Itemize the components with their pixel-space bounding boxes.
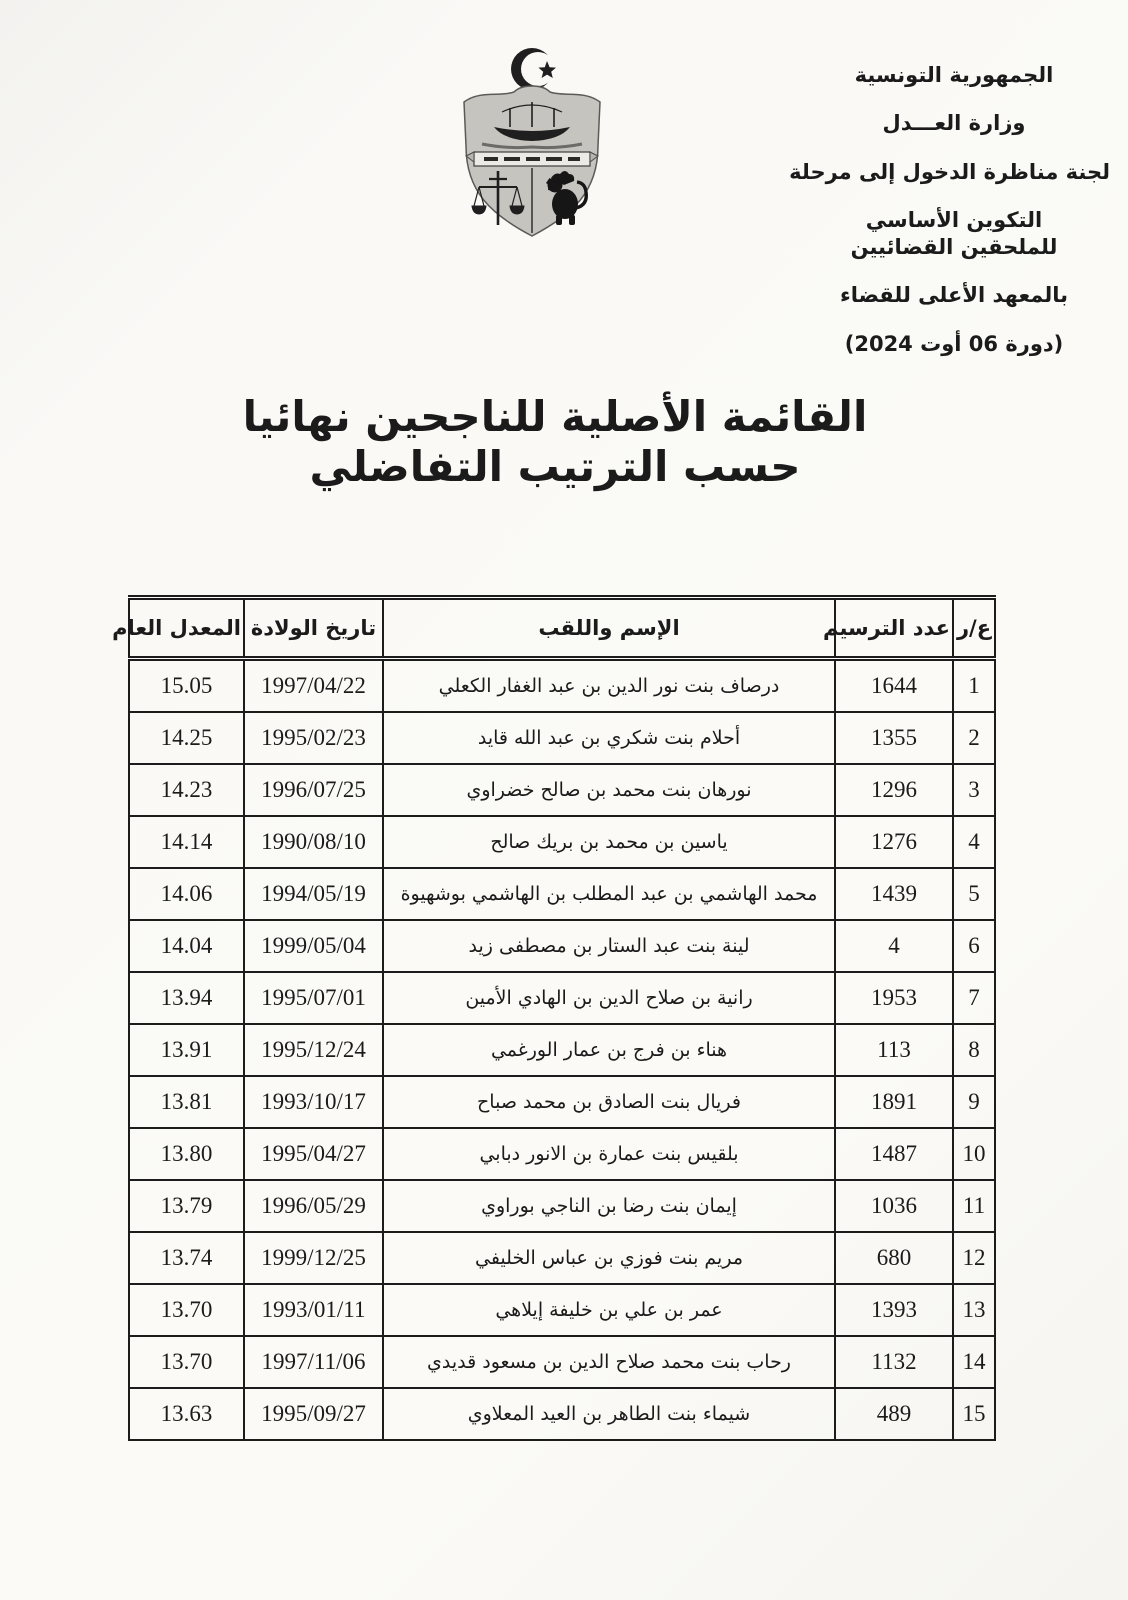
table-row: 64لينة بنت عبد الستار بن مصطفى زيد1999/0…	[129, 920, 995, 972]
rank-cell: 8	[953, 1024, 995, 1076]
average-cell: 15.05	[129, 659, 244, 713]
registration-number-cell: 680	[835, 1232, 953, 1284]
average-cell: 14.06	[129, 868, 244, 920]
registration-number-cell: 1644	[835, 659, 953, 713]
name-cell: عمر بن علي بن خليفة إيلاهي	[383, 1284, 835, 1336]
government-header: الجمهورية التونسية وزارة العـــدل لجنة م…	[798, 62, 1110, 379]
table-row: 91891فريال بنت الصادق بن محمد صباح1993/1…	[129, 1076, 995, 1128]
ministry-line: وزارة العـــدل	[798, 110, 1110, 137]
average-cell: 13.63	[129, 1388, 244, 1440]
registration-number-cell: 1891	[835, 1076, 953, 1128]
birth-date-cell: 1997/04/22	[244, 659, 383, 713]
table-row: 141132رحاب بنت محمد صلاح الدين بن مسعود …	[129, 1336, 995, 1388]
registration-number-cell: 4	[835, 920, 953, 972]
rank-cell: 13	[953, 1284, 995, 1336]
rank-cell: 6	[953, 920, 995, 972]
average-cell: 13.91	[129, 1024, 244, 1076]
rank-cell: 1	[953, 659, 995, 713]
registration-number-cell: 1296	[835, 764, 953, 816]
rank-cell: 4	[953, 816, 995, 868]
col-header-average: المعدل العام	[129, 598, 244, 659]
name-cell: نورهان بنت محمد بن صالح خضراوي	[383, 764, 835, 816]
table-row: 41276ياسين بن محمد بن بريك صالح1990/08/1…	[129, 816, 995, 868]
committee-line: لجنة مناظرة الدخول إلى مرحلة	[798, 159, 1110, 186]
rank-cell: 5	[953, 868, 995, 920]
birth-date-cell: 1995/07/01	[244, 972, 383, 1024]
name-cell: رانية بن صلاح الدين بن الهادي الأمين	[383, 972, 835, 1024]
average-cell: 14.23	[129, 764, 244, 816]
results-table-body: 11644درصاف بنت نور الدين بن عبد الغفار ا…	[129, 659, 995, 1441]
results-table-container: ع/ر عدد الترسيم الإسم واللقب تاريخ الولا…	[128, 595, 994, 1441]
registration-number-cell: 1439	[835, 868, 953, 920]
name-cell: درصاف بنت نور الدين بن عبد الغفار الكعلي	[383, 659, 835, 713]
average-cell: 13.94	[129, 972, 244, 1024]
name-cell: مريم بنت فوزي بن عباس الخليفي	[383, 1232, 835, 1284]
birth-date-cell: 1990/08/10	[244, 816, 383, 868]
col-header-registration: عدد الترسيم	[835, 598, 953, 659]
birth-date-cell: 1995/04/27	[244, 1128, 383, 1180]
registration-number-cell: 1276	[835, 816, 953, 868]
birth-date-cell: 1995/02/23	[244, 712, 383, 764]
registration-number-cell: 113	[835, 1024, 953, 1076]
table-row: 31296نورهان بنت محمد بن صالح خضراوي1996/…	[129, 764, 995, 816]
birth-date-cell: 1994/05/19	[244, 868, 383, 920]
training-line: التكوين الأساسي للملحقين القضائيين	[829, 207, 1079, 262]
average-cell: 13.74	[129, 1232, 244, 1284]
average-cell: 13.70	[129, 1284, 244, 1336]
birth-date-cell: 1997/11/06	[244, 1336, 383, 1388]
average-cell: 14.14	[129, 816, 244, 868]
tunisia-coat-of-arms-icon	[452, 40, 612, 240]
session-date-line: (دورة 06 أوت 2024)	[798, 331, 1110, 358]
birth-date-cell: 1995/09/27	[244, 1388, 383, 1440]
institute-line: بالمعهد الأعلى للقضاء	[798, 282, 1110, 309]
name-cell: هناء بن فرج بن عمار الورغمي	[383, 1024, 835, 1076]
table-row: 101487بلقيس بنت عمارة بن الانور دبابي199…	[129, 1128, 995, 1180]
birth-date-cell: 1999/05/04	[244, 920, 383, 972]
registration-number-cell: 1132	[835, 1336, 953, 1388]
table-row: 11644درصاف بنت نور الدين بن عبد الغفار ا…	[129, 659, 995, 713]
table-row: 15489شيماء بنت الطاهر بن العيد المعلاوي1…	[129, 1388, 995, 1440]
page-title-line1: القائمة الأصلية للناجحين نهائيا	[0, 392, 1110, 442]
registration-number-cell: 1393	[835, 1284, 953, 1336]
col-header-birth-date: تاريخ الولادة	[244, 598, 383, 659]
registration-number-cell: 1355	[835, 712, 953, 764]
average-cell: 14.04	[129, 920, 244, 972]
birth-date-cell: 1995/12/24	[244, 1024, 383, 1076]
name-cell: فريال بنت الصادق بن محمد صباح	[383, 1076, 835, 1128]
name-cell: ياسين بن محمد بن بريك صالح	[383, 816, 835, 868]
rank-cell: 15	[953, 1388, 995, 1440]
birth-date-cell: 1996/07/25	[244, 764, 383, 816]
table-row: 21355أحلام بنت شكري بن عبد الله قايد1995…	[129, 712, 995, 764]
birth-date-cell: 1999/12/25	[244, 1232, 383, 1284]
republic-line: الجمهورية التونسية	[798, 62, 1110, 89]
average-cell: 13.81	[129, 1076, 244, 1128]
name-cell: بلقيس بنت عمارة بن الانور دبابي	[383, 1128, 835, 1180]
rank-cell: 11	[953, 1180, 995, 1232]
document-page: الجمهورية التونسية وزارة العـــدل لجنة م…	[0, 0, 1128, 1600]
registration-number-cell: 1487	[835, 1128, 953, 1180]
rank-cell: 9	[953, 1076, 995, 1128]
name-cell: إيمان بنت رضا بن الناجي بوراوي	[383, 1180, 835, 1232]
rank-cell: 12	[953, 1232, 995, 1284]
registration-number-cell: 1036	[835, 1180, 953, 1232]
col-header-name: الإسم واللقب	[383, 598, 835, 659]
rank-cell: 3	[953, 764, 995, 816]
table-header-row: ع/ر عدد الترسيم الإسم واللقب تاريخ الولا…	[129, 598, 995, 659]
rank-cell: 2	[953, 712, 995, 764]
table-row: 111036إيمان بنت رضا بن الناجي بوراوي1996…	[129, 1180, 995, 1232]
rank-cell: 10	[953, 1128, 995, 1180]
table-row: 12680مريم بنت فوزي بن عباس الخليفي1999/1…	[129, 1232, 995, 1284]
name-cell: محمد الهاشمي بن عبد المطلب بن الهاشمي بو…	[383, 868, 835, 920]
birth-date-cell: 1993/10/17	[244, 1076, 383, 1128]
average-cell: 13.79	[129, 1180, 244, 1232]
registration-number-cell: 1953	[835, 972, 953, 1024]
average-cell: 13.80	[129, 1128, 244, 1180]
table-row: 131393عمر بن علي بن خليفة إيلاهي1993/01/…	[129, 1284, 995, 1336]
birth-date-cell: 1993/01/11	[244, 1284, 383, 1336]
table-row: 51439محمد الهاشمي بن عبد المطلب بن الهاش…	[129, 868, 995, 920]
name-cell: رحاب بنت محمد صلاح الدين بن مسعود قديدي	[383, 1336, 835, 1388]
average-cell: 13.70	[129, 1336, 244, 1388]
page-title: القائمة الأصلية للناجحين نهائيا حسب التر…	[0, 392, 1110, 491]
results-table: ع/ر عدد الترسيم الإسم واللقب تاريخ الولا…	[128, 595, 996, 1441]
col-header-rank: ع/ر	[953, 598, 995, 659]
average-cell: 14.25	[129, 712, 244, 764]
name-cell: أحلام بنت شكري بن عبد الله قايد	[383, 712, 835, 764]
table-row: 8113هناء بن فرج بن عمار الورغمي1995/12/2…	[129, 1024, 995, 1076]
birth-date-cell: 1996/05/29	[244, 1180, 383, 1232]
page-title-line2: حسب الترتيب التفاضلي	[0, 442, 1110, 492]
registration-number-cell: 489	[835, 1388, 953, 1440]
rank-cell: 14	[953, 1336, 995, 1388]
rank-cell: 7	[953, 972, 995, 1024]
name-cell: شيماء بنت الطاهر بن العيد المعلاوي	[383, 1388, 835, 1440]
name-cell: لينة بنت عبد الستار بن مصطفى زيد	[383, 920, 835, 972]
table-row: 71953رانية بن صلاح الدين بن الهادي الأمي…	[129, 972, 995, 1024]
